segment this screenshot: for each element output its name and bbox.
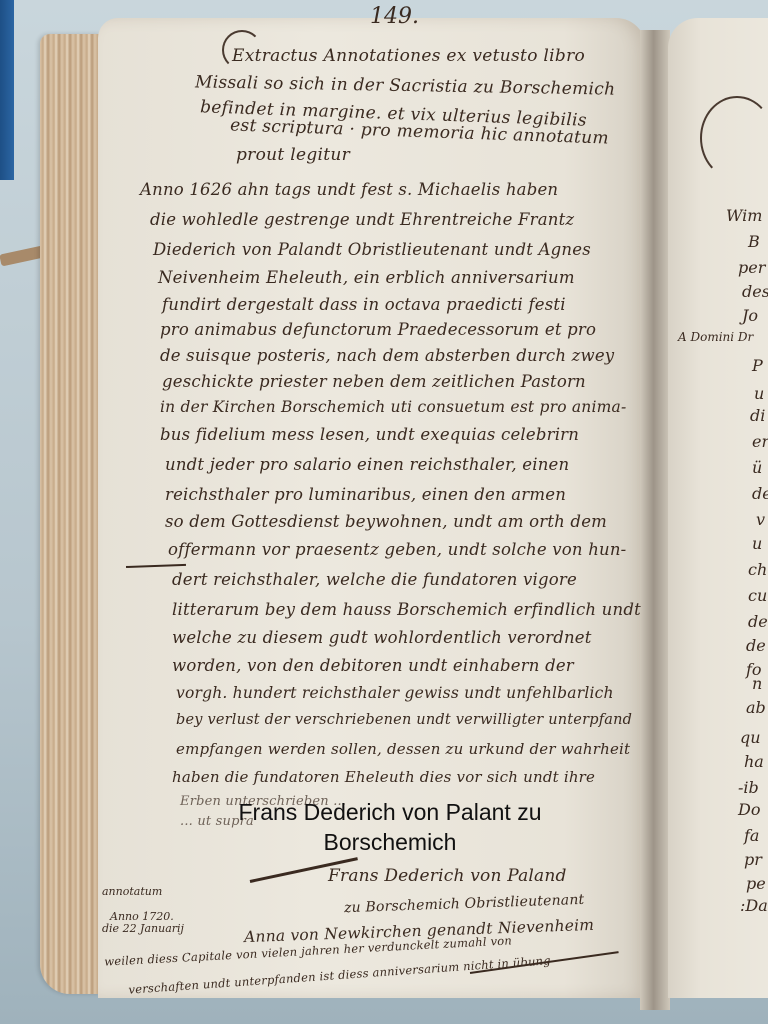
right-page-fragment: :Da	[740, 896, 768, 915]
right-page-fragment: pe	[746, 874, 766, 893]
body-line: undt jeder pro salario einen reichsthale…	[165, 455, 569, 474]
right-page-fragment: di	[750, 406, 765, 425]
body-line: so dem Gottesdienst beywohnen, undt am o…	[165, 512, 607, 531]
body-line: litterarum bey dem hauss Borschemich erf…	[172, 600, 641, 619]
body-line: de suisque posteris, nach dem absterben …	[160, 346, 614, 365]
body-line: empfangen werden sollen, dessen zu urkun…	[176, 740, 630, 758]
body-line: bus fidelium mess lesen, undt exequias c…	[160, 425, 579, 444]
right-page-fragment: de	[752, 484, 768, 503]
right-page-fragment: des	[742, 282, 768, 301]
right-page-fragment: Wim	[726, 206, 762, 225]
right-page-fragment: u	[754, 384, 764, 403]
body-line: Anno 1626 ahn tags undt fest s. Michaeli…	[140, 180, 558, 199]
body-line: worden, von den debitoren undt einhabern…	[172, 656, 574, 675]
right-page-fragment: u	[752, 534, 762, 553]
right-page-fragment: per	[738, 258, 765, 277]
book-gutter	[640, 30, 670, 1010]
body-line: Diederich von Palandt Obristlieutenant u…	[153, 240, 591, 259]
right-page-fragment: ch	[748, 560, 767, 579]
right-page-fragment: pr	[744, 850, 762, 869]
body-line: vorgh. hundert reichsthaler gewiss undt …	[176, 684, 614, 702]
bookmark-strip	[0, 246, 45, 267]
body-line: dert reichsthaler, welche die fundatoren…	[172, 570, 577, 589]
right-page-fragment: -ib	[738, 778, 759, 797]
body-line: pro animabus defunctorum Praedecessorum …	[160, 320, 596, 339]
body-line: in der Kirchen Borschemich uti consuetum…	[160, 398, 626, 416]
signature-line: Frans Dederich von Paland	[328, 866, 567, 886]
right-page-fragment: cu	[748, 586, 767, 605]
right-page-fragment: ha	[744, 752, 764, 771]
right-page-fragment: A Domini Dr	[678, 330, 753, 344]
body-line: bey verlust der verschriebenen undt verw…	[176, 712, 632, 728]
caption-line-2: Borschemich	[170, 827, 610, 857]
body-line: die wohledle gestrenge undt Ehrentreiche…	[150, 210, 574, 229]
right-page-fragment: er	[752, 432, 768, 451]
body-line: Neivenheim Eheleuth, ein erblich anniver…	[158, 268, 575, 287]
right-page-fragment: de	[746, 636, 766, 655]
right-page-fragment: n	[752, 674, 762, 693]
blue-book-cover	[0, 0, 14, 180]
right-page-fragment: B	[748, 232, 760, 251]
right-page-fragment: Do	[738, 800, 760, 819]
right-page-fragment: P	[752, 356, 763, 375]
margin-note-line: annotatum	[102, 885, 162, 898]
margin-note-line: die 22 Januarij	[102, 922, 184, 935]
body-line: fundirt dergestalt dass in octava praedi…	[162, 295, 566, 314]
body-line: haben die fundatoren Eheleuth dies vor s…	[172, 768, 595, 786]
page-fore-edge	[40, 34, 102, 994]
body-line: reichsthaler pro luminaribus, einen den …	[165, 485, 566, 504]
caption-overlay: Frans Dederich von Palant zu Borschemich	[170, 797, 610, 857]
right-page-fragment: ü	[752, 458, 762, 477]
caption-line-1: Frans Dederich von Palant zu	[170, 797, 610, 827]
right-page-flourish-icon	[700, 96, 768, 180]
right-page-fragment: fa	[744, 826, 759, 845]
body-line: geschickte priester neben dem zeitlichen…	[162, 372, 586, 391]
heading-line: prout legitur	[236, 145, 350, 165]
heading-line: Extractus Annotationes ex vetusto libro	[232, 46, 585, 66]
right-page-fragment: ab	[746, 698, 766, 717]
body-line: welche zu diesem gudt wohlordentlich ver…	[172, 628, 592, 647]
right-page-fragment: v	[756, 510, 765, 529]
body-line: offermann vor praesentz geben, undt solc…	[168, 540, 626, 559]
page-number: 149.	[370, 4, 419, 29]
right-page-fragment: Jo	[742, 306, 758, 325]
right-page-fragment: qu	[740, 728, 761, 747]
right-page-fragment: de	[748, 612, 768, 631]
